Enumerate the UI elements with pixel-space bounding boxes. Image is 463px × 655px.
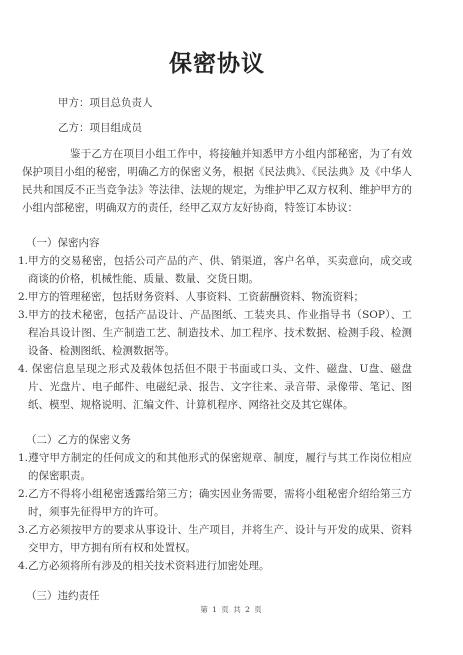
contract-page: 保密协议 甲方：项目总负责人 乙方：项目组成员 鉴于乙方在项目小组工作中，将接触…: [0, 0, 463, 655]
section-1-item-2: 2.甲方的管理秘密，包括财务资料、人事资料、工资薪酬资料、物流资料；: [22, 288, 412, 306]
party-a-line: 甲方：项目总负责人: [58, 94, 412, 112]
party-b-line: 乙方：项目组成员: [58, 119, 412, 137]
section-2-item-2: 2.乙方不得将小组秘密透露给第三方；确实因业务需要，需将小组秘密介绍给第三方时，…: [22, 485, 412, 521]
page-number: 第 1 页 共 2 页: [0, 604, 463, 616]
preamble-paragraph: 鉴于乙方在项目小组工作中，将接触并知悉甲方小组内部秘密，为了有效保护项目小组的秘…: [22, 145, 412, 217]
section-2-item-1: 1.遵守甲方制定的任何成文的和其他形式的保密规章、制度，履行与其工作岗位相应的保…: [22, 449, 412, 485]
section-1-item-1: 1.甲方的交易秘密，包括公司产品的产、供、销渠道，客户名单，买卖意向，成交或商谈…: [22, 252, 412, 288]
section-2-item-4: 4.乙方必须将所有涉及的相关技术资料进行加密处理。: [22, 557, 412, 575]
section-1-item-3: 3.甲方的技术秘密，包括产品设计、产品图纸、工装夹具、作业指导书（SOP）、工程…: [22, 306, 412, 360]
section-2-heading: （二）乙方的保密义务: [26, 431, 412, 449]
document-title: 保密协议: [22, 48, 412, 80]
section-1-item-4: 4. 保密信息呈现之形式及载体包括但不限于书面或口头、文件、磁盘、U盘、磁盘片、…: [22, 360, 412, 414]
section-2-item-3: 3.乙方必须按甲方的要求从事设计、生产项目，并将生产、设计与开发的成果、资料交甲…: [22, 521, 412, 557]
section-3-heading: （三）违约责任: [26, 587, 412, 605]
section-1-heading: （一）保密内容: [26, 234, 412, 252]
